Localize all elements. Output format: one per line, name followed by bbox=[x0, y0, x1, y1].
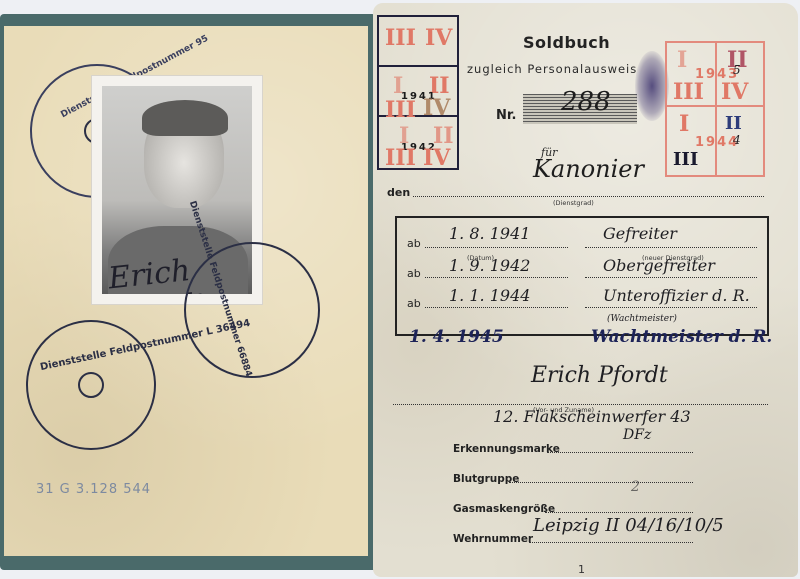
promotion-rank-extra: Wachtmeister d. R. bbox=[591, 327, 772, 347]
rank-caption: (Dienstgrad) bbox=[553, 199, 594, 207]
promotion-rank: Unteroffizier d. R. bbox=[603, 286, 750, 305]
military-number-value: Leipzig II 04/16/10/5 bbox=[533, 515, 724, 536]
quarter-mark: III bbox=[385, 97, 416, 123]
unit-note: 12. Flakscheinwerfer 43 bbox=[493, 407, 691, 426]
quarter-mark: III bbox=[385, 25, 416, 51]
rank-value: Kanonier bbox=[533, 155, 644, 183]
promotion-row: ab 1. 8. 1941 Gefreiter bbox=[407, 224, 757, 252]
left-page: Dienststelle Feldpostnummer 95 Erich Pfo… bbox=[4, 26, 368, 556]
document-title: Soldbuch bbox=[523, 33, 610, 52]
ab-label: ab bbox=[407, 267, 421, 280]
promotion-date: 1. 8. 1941 bbox=[449, 224, 530, 243]
quarter-stamp-grid-left: III IV I II 1941 III IV I II 1942 III IV bbox=[377, 15, 459, 170]
ink-blot bbox=[635, 51, 669, 121]
field-label: Erkennungsmarke bbox=[453, 443, 560, 455]
quarter-mark: IV bbox=[425, 25, 452, 51]
field-post-stamp: Dienststelle Feldpostnummer 66884 bbox=[184, 242, 320, 378]
quarter-mark: III bbox=[673, 79, 704, 105]
quarter-mark: IV bbox=[423, 145, 450, 171]
gas-mask-size-value: 2 bbox=[631, 479, 640, 495]
number-value: 288 bbox=[561, 87, 611, 117]
page-number: 1 bbox=[578, 563, 585, 576]
handwritten-mark: 5 bbox=[733, 63, 741, 77]
promotion-note: (Wachtmeister) bbox=[607, 314, 677, 324]
promotion-row: ab 1. 9. 1942 Obergefreiter bbox=[407, 254, 757, 282]
promotions-box: ab 1. 8. 1941 Gefreiter (Datum) (neuer D… bbox=[395, 216, 769, 336]
quarter-stamp-grid-right: I II 1943 5 III IV I 1944 III II 4 bbox=[665, 41, 765, 177]
den-label: den bbox=[387, 186, 410, 199]
promotion-date-extra: 1. 4. 1945 bbox=[409, 327, 504, 347]
handwritten-mark: 4 bbox=[733, 133, 741, 147]
ab-label: ab bbox=[407, 237, 421, 250]
stamp-emblem-icon bbox=[78, 372, 104, 398]
holder-name: Erich Pfordt bbox=[531, 363, 668, 388]
right-page: III IV I II 1941 III IV I II 1942 III IV… bbox=[373, 3, 798, 577]
field-label: Gasmaskengröße bbox=[453, 503, 555, 515]
document-subtitle: zugleich Personalausweis bbox=[467, 62, 637, 76]
quarter-mark: III bbox=[385, 145, 416, 171]
pencil-number: 31 G 3.128 544 bbox=[36, 482, 151, 497]
quarter-mark: I bbox=[677, 47, 687, 73]
rank-line bbox=[413, 196, 764, 197]
field-post-stamp: Dienststelle Feldpostnummer L 36494 bbox=[26, 320, 156, 450]
promotion-rank: Obergefreiter bbox=[603, 256, 715, 275]
quarter-mark: IV bbox=[721, 79, 748, 105]
quarter-mark: I bbox=[679, 111, 689, 137]
quarter-mark: II bbox=[725, 113, 742, 134]
field-gas-mask-size: Gasmaskengröße bbox=[453, 499, 693, 515]
field-identity-tag: Erkennungsmarke bbox=[453, 439, 693, 455]
ab-label: ab bbox=[407, 297, 421, 310]
quarter-mark: IV bbox=[423, 95, 450, 121]
promotion-row: ab 1. 1. 1944 Unteroffizier d. R. bbox=[407, 284, 757, 312]
number-label: Nr. bbox=[496, 108, 516, 123]
field-blood-group: Blutgruppe bbox=[453, 469, 693, 485]
promotion-date: 1. 9. 1942 bbox=[449, 256, 530, 275]
quarter-mark: III bbox=[673, 149, 698, 170]
field-label: Wehrnummer bbox=[453, 533, 533, 545]
promotion-date: 1. 1. 1944 bbox=[449, 286, 530, 305]
name-line bbox=[393, 404, 768, 405]
promotion-rank: Gefreiter bbox=[603, 224, 677, 243]
field-label: Blutgruppe bbox=[453, 473, 519, 485]
